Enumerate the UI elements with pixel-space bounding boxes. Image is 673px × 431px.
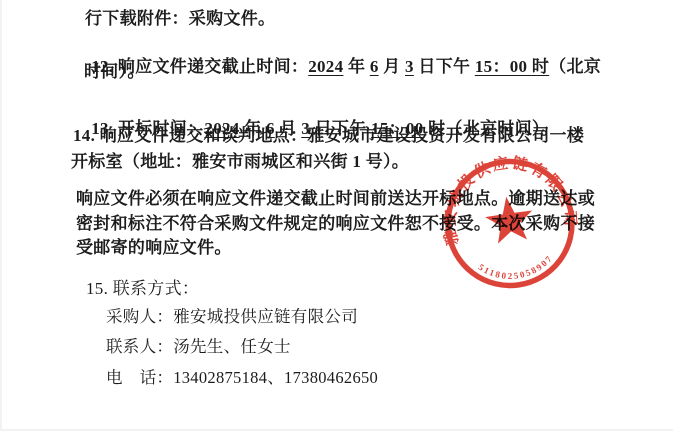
- item-12-post: （北京: [549, 57, 601, 76]
- document-page: 行下载附件：采购文件。 12. 响应文件递交截止时间：2024 年 6 月 3 …: [0, 0, 673, 431]
- item-14-location-line1: 14. 响应文件递交和谈判地点：雅安城市建设投资开发有限公司一楼: [73, 126, 584, 145]
- item-12-time: 15：00 时: [475, 57, 549, 76]
- contact-phone-line: 电 话：13402875184、17380462650: [106, 368, 378, 387]
- item-15-contact-heading: 15. 联系方式：: [86, 279, 199, 298]
- official-seal: 雅安城投供应链有限公司 5118025058907: [431, 143, 590, 304]
- item-12-deadline-line: 12. 响应文件递交截止时间：2024 年 6 月 3 日下午 15：00 时（…: [73, 38, 601, 95]
- contact-person-line: 联系人：汤先生、任女士: [106, 337, 291, 356]
- item-12-wrap-line: 时间）。: [84, 62, 145, 81]
- item-12-sep-day: 日下午: [414, 57, 475, 76]
- contact-buyer-line: 采购人：雅安城投供应链有限公司: [106, 307, 358, 326]
- item-12-year: 2024: [308, 57, 343, 76]
- item-14-location-line2: 开标室（地址：雅安市雨城区和兴街 1 号）。: [71, 152, 409, 171]
- item-12-day: 3: [405, 57, 414, 76]
- notice-line3: 受邮寄的响应文件。: [76, 238, 232, 257]
- item-12-month: 6: [370, 57, 379, 76]
- item-12-sep-year: 年: [343, 57, 369, 76]
- line-download-attachment: 行下载附件：采购文件。: [85, 9, 275, 28]
- item-12-sep-month: 月: [379, 57, 405, 76]
- star-icon: [483, 193, 536, 244]
